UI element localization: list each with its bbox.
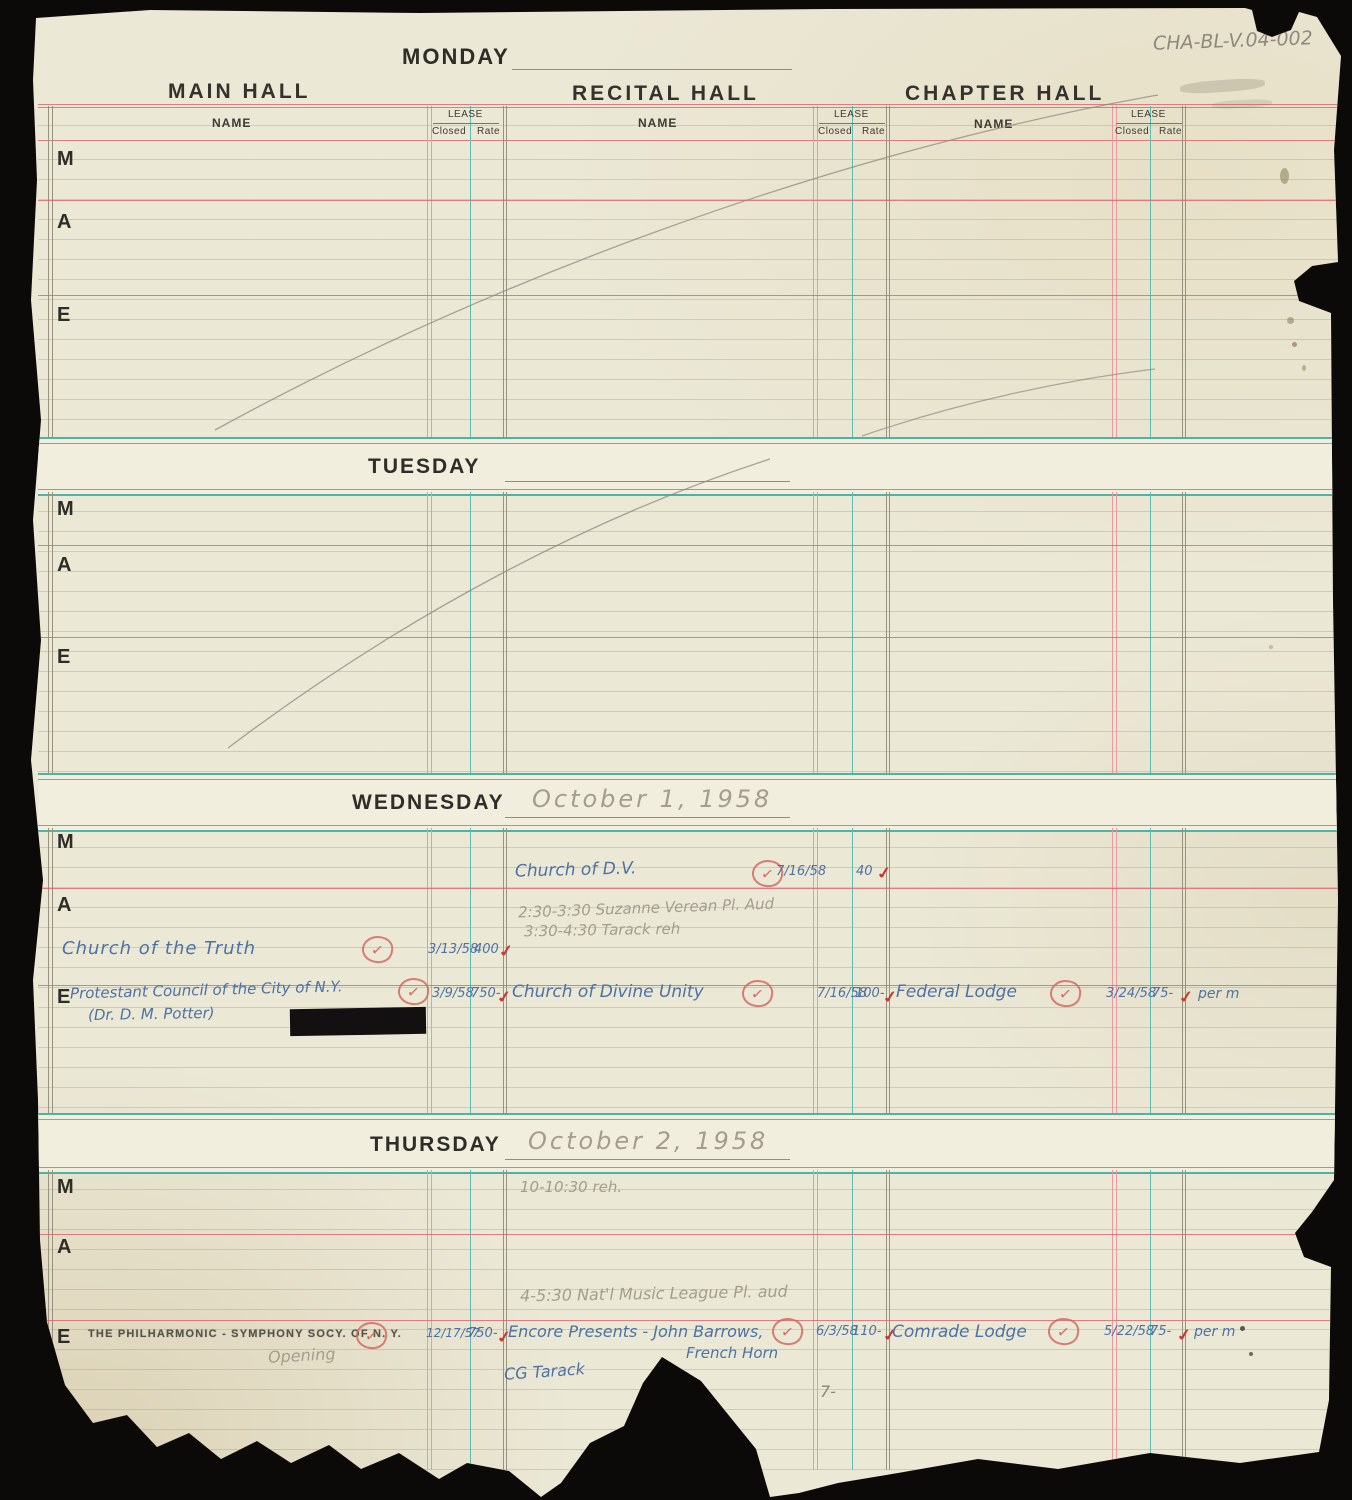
- entry-contact: (Dr. D. M. Potter): [88, 1004, 215, 1024]
- wednesday-grid: [38, 828, 1338, 1113]
- check-icon: ✓: [1177, 987, 1196, 1008]
- entry-name: Church of Divine Unity: [512, 982, 704, 1002]
- redaction-box: [290, 1007, 426, 1036]
- stain: [1280, 168, 1289, 184]
- wednesday-date-line: [505, 817, 790, 818]
- stain: [1240, 1326, 1245, 1331]
- col-header-lease-chapter: LEASE: [1131, 109, 1166, 120]
- entry-note: per m: [1198, 986, 1239, 1002]
- stain: [1302, 365, 1306, 371]
- entry-lease-closed: 3/9/58: [432, 986, 474, 1001]
- entry-note: ter: [642, 1378, 663, 1396]
- row-label-morning: M: [57, 148, 74, 171]
- schedule-note: 3:30-4:30 Tarack reh: [524, 920, 681, 941]
- ledger-page: CHA-BL-V.04-002 MONDAY MAIN HALL RECITAL…: [0, 0, 1352, 1500]
- tuesday-grid: [38, 492, 1338, 773]
- col-header-rate-recital: Rate: [862, 126, 885, 137]
- row-label-evening: E: [57, 646, 70, 669]
- stain: [1292, 342, 1297, 347]
- hall-label-recital: RECITAL HALL: [572, 82, 759, 106]
- row-label-morning: M: [57, 831, 74, 854]
- smudge: [1180, 77, 1266, 95]
- check-icon: ✓: [1175, 1325, 1194, 1346]
- lease-underline: [819, 123, 885, 124]
- wednesday-date: October 1, 1958: [532, 785, 772, 813]
- entry-lease-closed: 7/16/58: [776, 864, 826, 879]
- entry-note: per m: [1194, 1324, 1235, 1340]
- ruled-line-red: [38, 104, 1338, 105]
- thursday-date-line: [505, 1159, 790, 1160]
- day-label-wednesday: WEDNESDAY: [352, 791, 505, 815]
- entry-lease-rate: 75-: [1150, 1324, 1171, 1339]
- ruled-line-red: [38, 295, 1338, 296]
- check-icon: ✓: [875, 863, 894, 884]
- entry-name: Comrade Lodge: [892, 1322, 1027, 1342]
- stain: [1287, 317, 1294, 324]
- col-header-rate-chapter: Rate: [1159, 126, 1182, 137]
- tuesday-date-line: [505, 481, 790, 482]
- entry-lease-closed: 3/13/58: [428, 942, 478, 957]
- hall-label-main: MAIN HALL: [168, 80, 310, 104]
- hall-label-chapter: CHAPTER HALL: [905, 82, 1104, 106]
- row-label-evening: E: [57, 304, 70, 327]
- archive-code: CHA-BL-V.04-002: [1153, 27, 1313, 55]
- entry-lease-rate: 400: [474, 942, 499, 957]
- entry-lease-closed: 5/22/58: [1104, 1324, 1154, 1339]
- ledger-scan: CHA-BL-V.04-002 MONDAY MAIN HALL RECITAL…: [0, 0, 1352, 1500]
- ruled-line-red: [38, 1320, 1338, 1321]
- row-label-morning: M: [57, 498, 74, 521]
- thursday-band: THURSDAY October 2, 1958: [38, 1113, 1338, 1174]
- entry-name-line2: French Horn: [686, 1344, 778, 1362]
- row-label-afternoon: A: [57, 554, 71, 577]
- entry-name: Encore Presents - John Barrows,: [508, 1322, 763, 1341]
- col-header-name-chapter: NAME: [974, 117, 1013, 131]
- col-header-rate-main: Rate: [477, 126, 500, 137]
- schedule-note: 10-10:30 reh.: [520, 1178, 622, 1196]
- col-header-closed-chapter: Closed: [1115, 126, 1149, 137]
- col-header-closed-main: Closed: [432, 126, 466, 137]
- row-label-morning: M: [57, 1176, 74, 1199]
- tuesday-band: TUESDAY: [38, 437, 1338, 496]
- thursday-date: October 2, 1958: [528, 1127, 768, 1155]
- ruled-line-red: [38, 637, 1338, 638]
- col-header-lease-recital: LEASE: [834, 109, 869, 120]
- entry-lease-rate: 75-: [1152, 986, 1173, 1001]
- row-label-afternoon: A: [57, 1236, 71, 1259]
- col-header-lease-main: LEASE: [448, 109, 483, 120]
- ruled-line-red: [38, 200, 1338, 201]
- entry-lease-rate: 40: [856, 864, 873, 879]
- entry-lease-rate: 100-: [855, 986, 885, 1001]
- col-header-name-main: NAME: [212, 116, 251, 130]
- ruled-line-red: [38, 107, 1338, 108]
- ruled-line-red: [38, 1234, 1338, 1235]
- col-header-closed-recital: Closed: [818, 126, 852, 137]
- row-label-evening: E: [57, 986, 70, 1009]
- check-icon: ✓: [495, 987, 514, 1008]
- day-label-tuesday: TUESDAY: [368, 455, 480, 479]
- lease-underline: [433, 123, 499, 124]
- day-label-thursday: THURSDAY: [370, 1133, 501, 1157]
- entry-lease-rate: 750-: [468, 1326, 498, 1341]
- wednesday-band: WEDNESDAY October 1, 1958: [38, 773, 1338, 832]
- entry-name: Federal Lodge: [896, 982, 1017, 1002]
- row-label-afternoon: A: [57, 894, 71, 917]
- row-label-evening: E: [57, 1326, 70, 1349]
- ruled-line-red: [38, 545, 1338, 546]
- entry-name: Church of the Truth: [62, 938, 256, 959]
- entry-lease-closed: 3/24/58: [1106, 986, 1156, 1001]
- entry-note: Opening: [268, 1344, 336, 1367]
- stain: [1249, 1352, 1253, 1356]
- col-header-name-recital: NAME: [638, 116, 677, 130]
- entry-name: Church of D.V.: [515, 858, 637, 881]
- stain: [1269, 645, 1273, 649]
- monday-date-line: [512, 69, 792, 70]
- entry-note: 7-: [820, 1382, 836, 1401]
- entry-lease-rate: 110-: [852, 1324, 882, 1339]
- ruled-line-red: [38, 888, 1338, 889]
- monday-grid: [38, 140, 1338, 437]
- lease-underline: [1116, 123, 1182, 124]
- day-label-monday: MONDAY: [402, 44, 510, 70]
- check-icon: ✓: [497, 941, 516, 962]
- row-label-afternoon: A: [57, 211, 71, 234]
